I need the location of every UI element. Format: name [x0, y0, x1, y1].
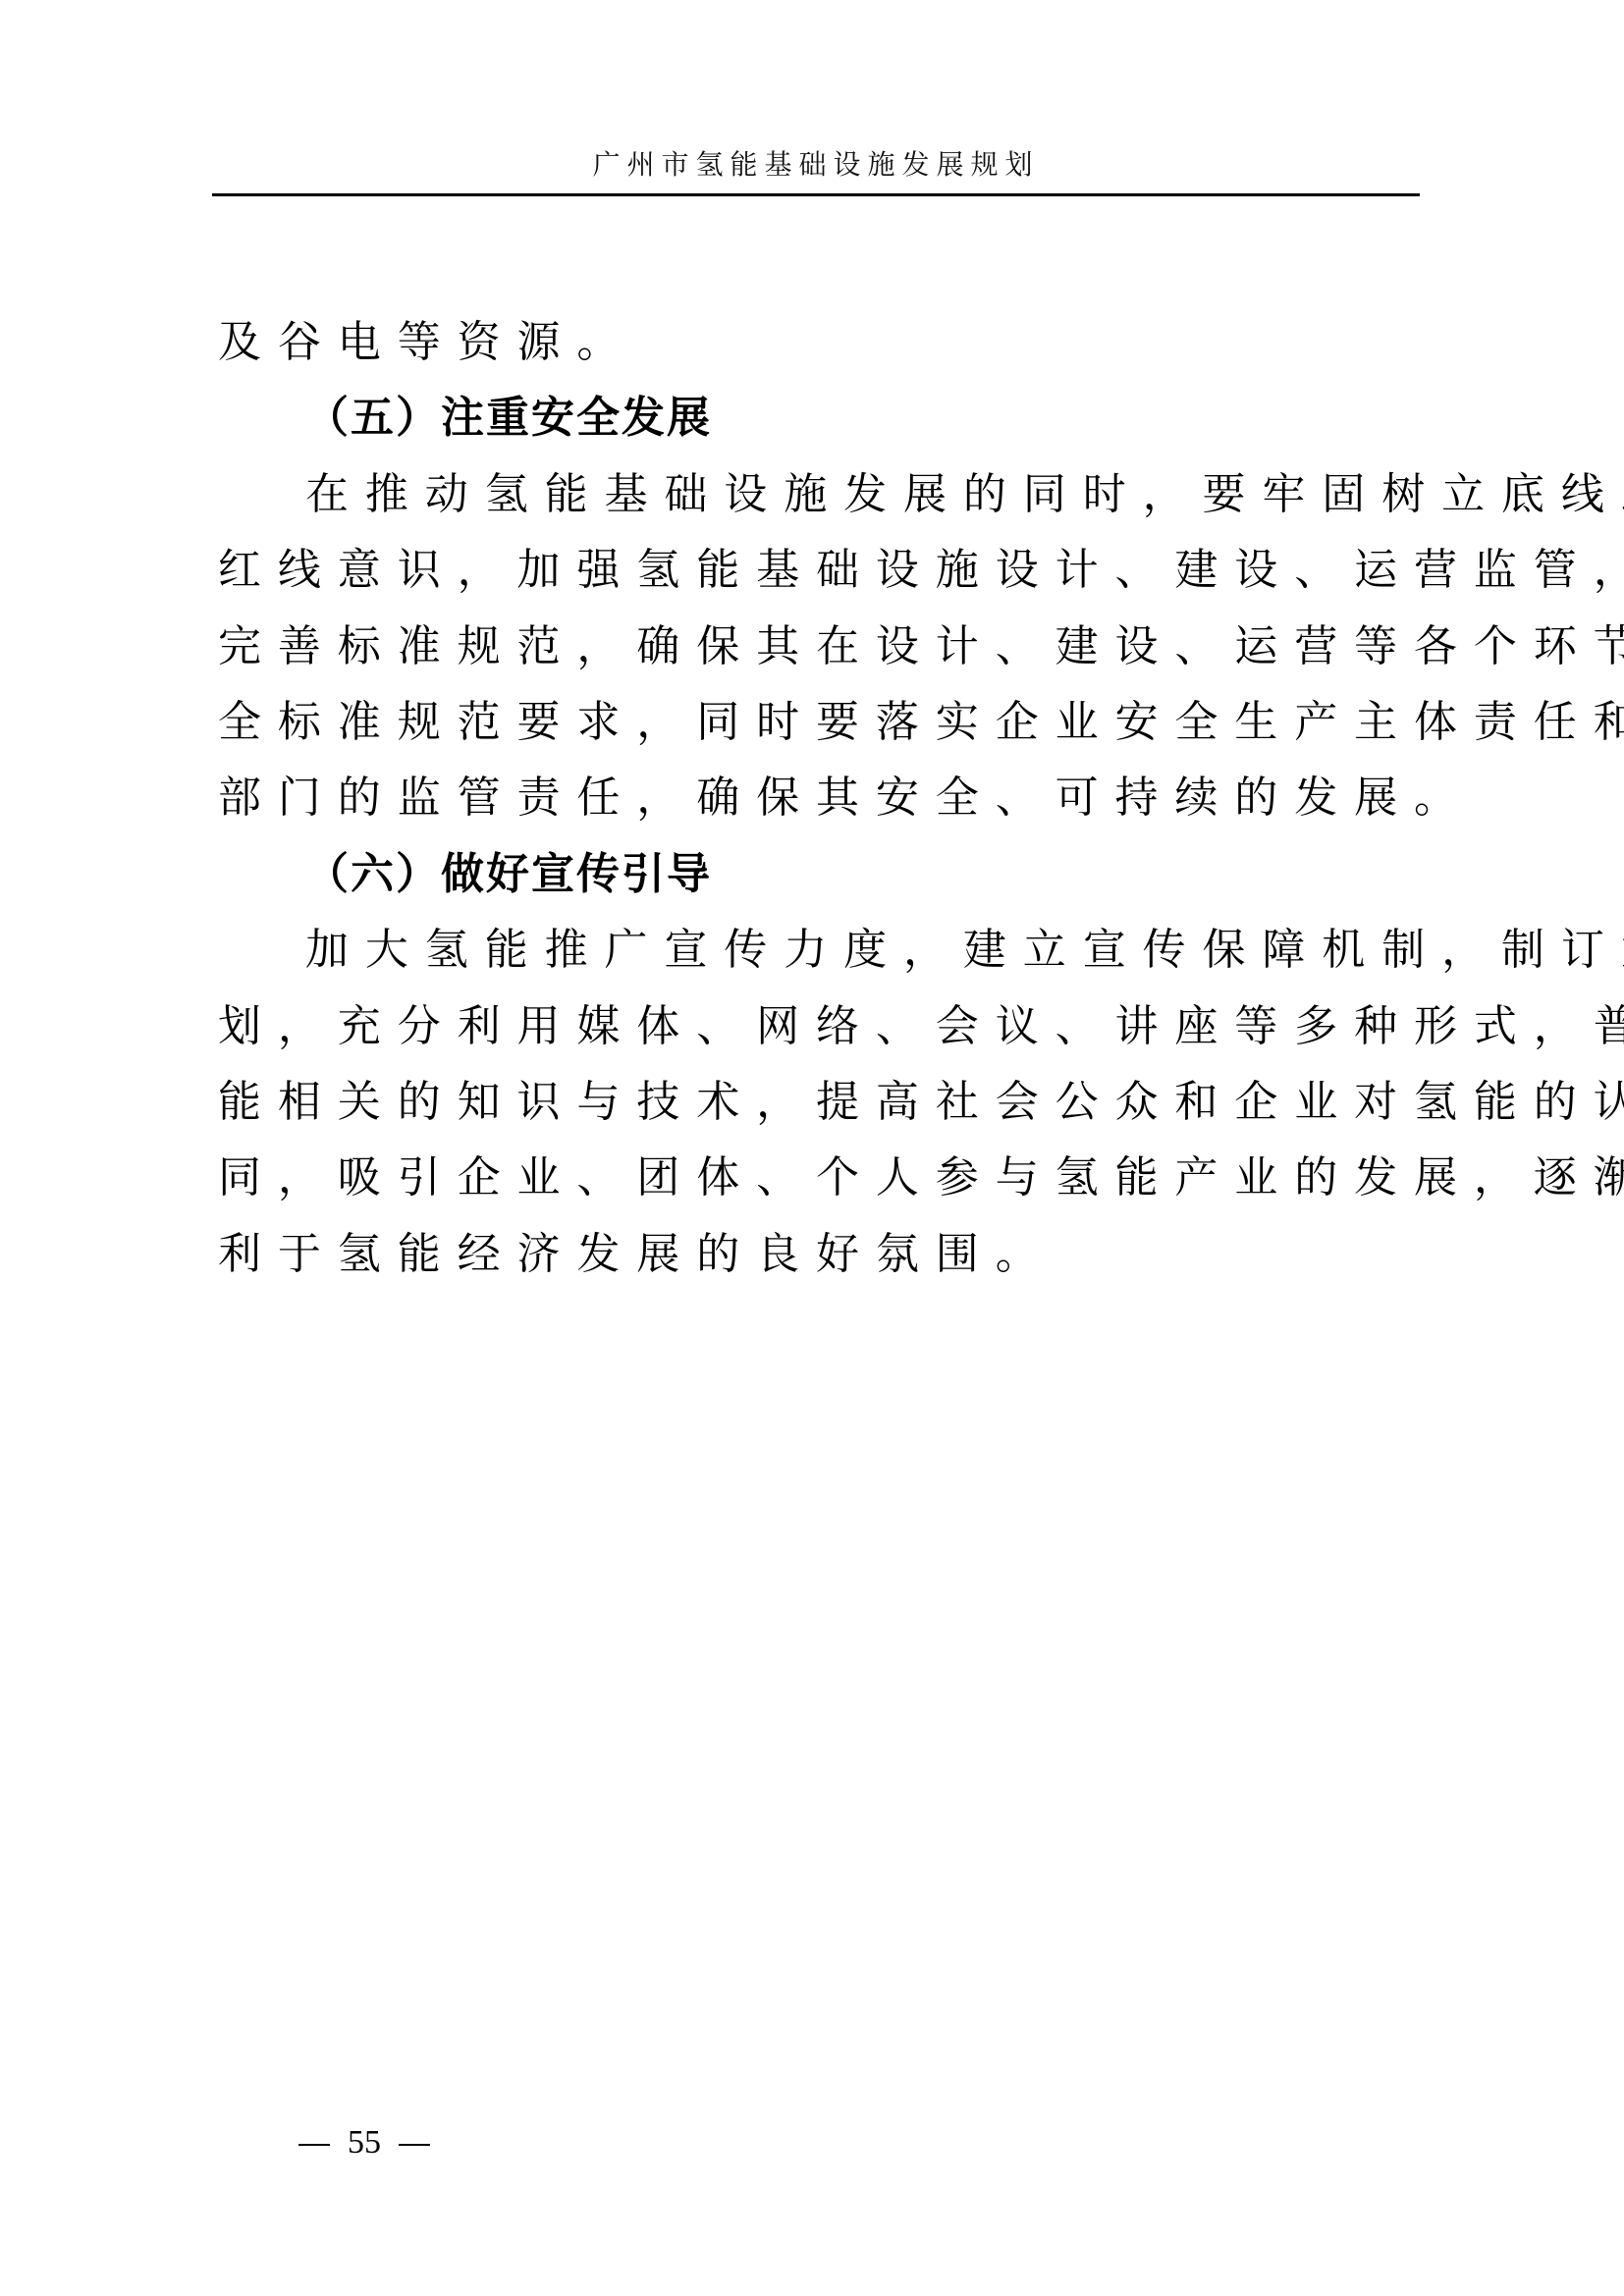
paragraph-line: 划，充分利用媒体、网络、会议、讲座等多种形式，普及与氢 — [218, 988, 1418, 1064]
header-divider — [212, 193, 1420, 196]
dash-left — [298, 2144, 330, 2146]
document-body: 及谷电等资源。 （五）注重安全发展 在推动氢能基础设施发展的同时，要牢固树立底线… — [218, 304, 1418, 1292]
section-heading-safety: （五）注重安全发展 — [218, 380, 1418, 455]
paragraph-line: 加大氢能推广宣传力度，建立宣传保障机制，制订宣传计 — [218, 912, 1418, 988]
paragraph-line: 红线意识，加强氢能基础设施设计、建设、运营监管，制定和 — [218, 532, 1418, 608]
paragraph-line: 同，吸引企业、团体、个人参与氢能产业的发展，逐渐形成有 — [218, 1140, 1418, 1215]
paragraph-continuation-line: 及谷电等资源。 — [218, 304, 1418, 380]
paragraph-line: 部门的监管责任，确保其安全、可持续的发展。 — [218, 760, 1418, 835]
page-header: 广州市氢能基础设施发展规划 — [212, 0, 1420, 196]
page-number: 55 — [348, 2124, 381, 2161]
paragraph-line: 全标准规范要求，同时要落实企业安全生产主体责任和各职能 — [218, 684, 1418, 760]
paragraph-line: 在推动氢能基础设施发展的同时，要牢固树立底线思维、 — [218, 456, 1418, 532]
dash-right — [399, 2144, 430, 2146]
paragraph-line: 完善标准规范，确保其在设计、建设、运营等各个环节符合安 — [218, 609, 1418, 684]
paragraph-line: 能相关的知识与技术，提高社会公众和企业对氢能的认知与认 — [218, 1064, 1418, 1140]
document-title: 广州市氢能基础设施发展规划 — [212, 147, 1420, 183]
page-number-footer: 55 — [281, 2123, 448, 2163]
paragraph-line: 利于氢能经济发展的良好氛围。 — [218, 1216, 1418, 1292]
section-heading-publicity: （六）做好宣传引导 — [218, 836, 1418, 912]
